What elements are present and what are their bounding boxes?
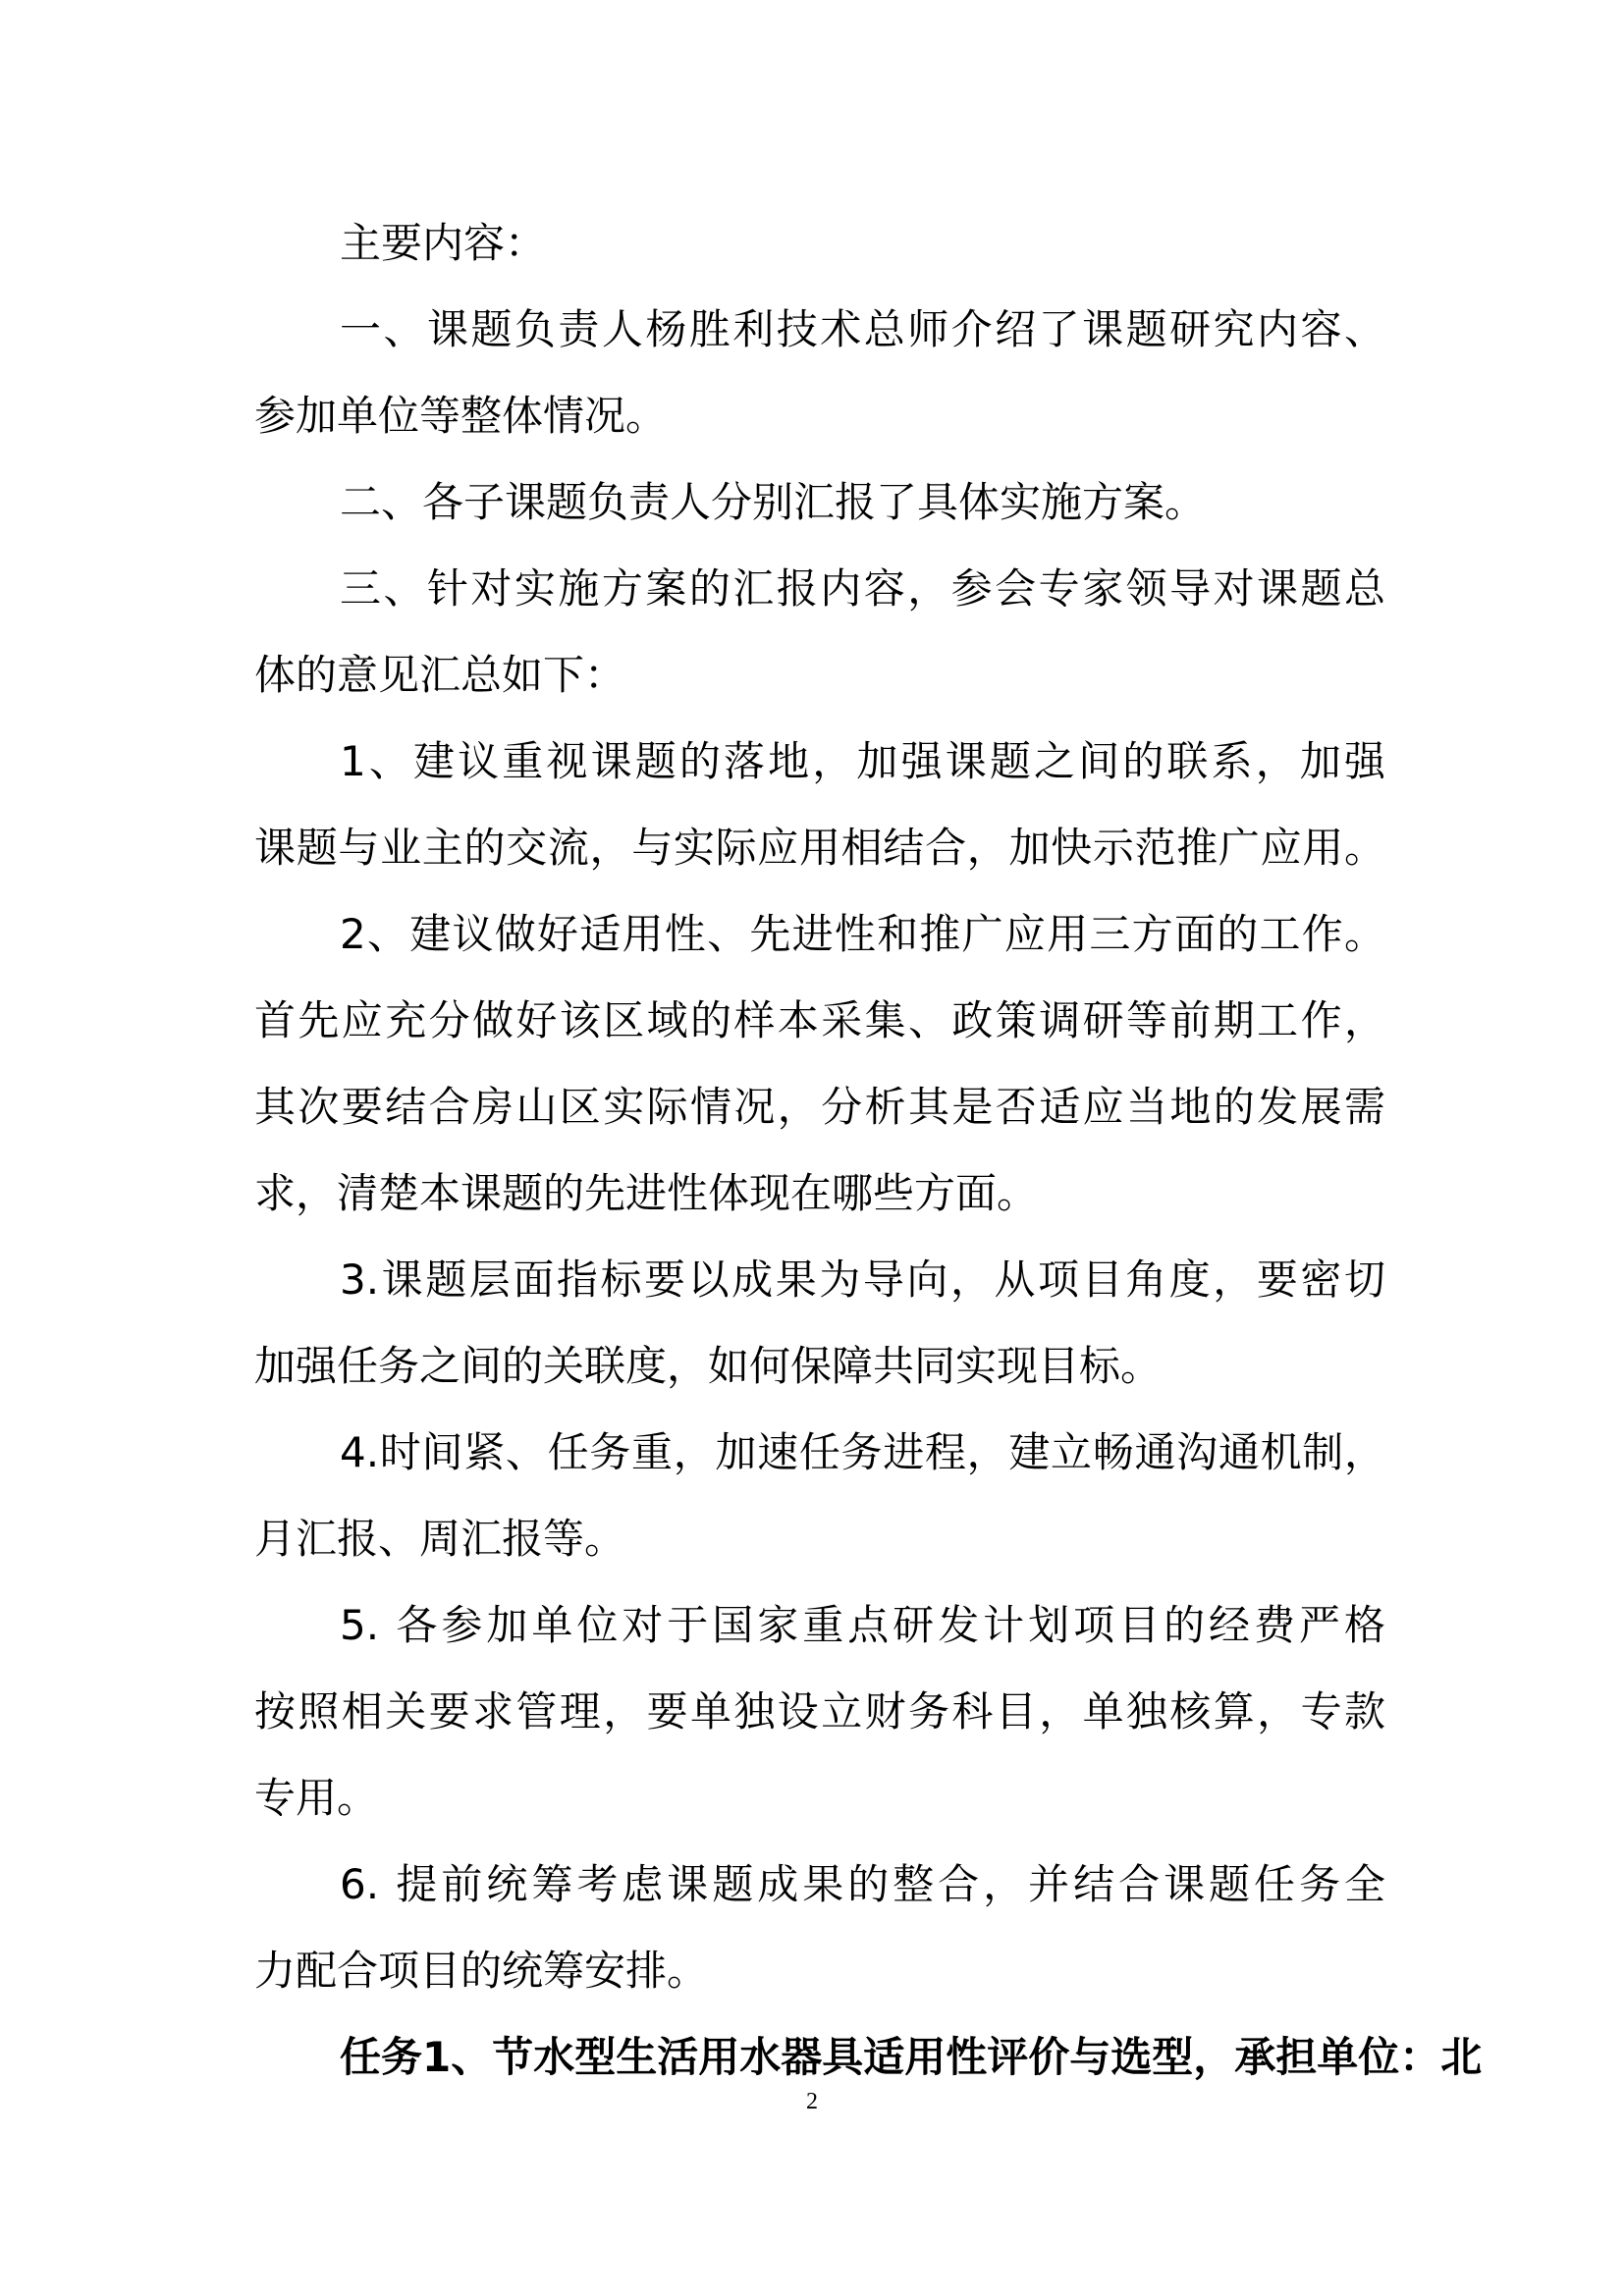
- paragraph-item-one: 一、课题负责人杨胜利技术总师介绍了课题研究内容、: [340, 300, 1385, 359]
- opinion-5-cont-2: 专用。: [254, 1769, 1385, 1828]
- paragraph-heading-main-content: 主要内容：: [340, 214, 1385, 273]
- document-page: 主要内容： 一、课题负责人杨胜利技术总师介绍了课题研究内容、 参加单位等整体情况…: [0, 0, 1624, 2296]
- opinion-2-cont-2: 其次要结合房山区实际情况，分析其是否适应当地的发展需: [254, 1078, 1385, 1137]
- task-1-heading: 任务1、节水型生活用水器具适用性评价与选型，承担单位：北: [340, 2028, 1385, 2087]
- opinion-4: 4.时间紧、任务重，加速任务进程，建立畅通沟通机制，: [340, 1423, 1385, 1482]
- paragraph-item-three-cont: 体的意见汇总如下：: [254, 646, 1385, 705]
- opinion-6: 6. 提前统筹考虑课题成果的整合，并结合课题任务全: [340, 1855, 1385, 1914]
- opinion-4-cont: 月汇报、周汇报等。: [254, 1510, 1385, 1569]
- paragraph-item-three: 三、针对实施方案的汇报内容，参会专家领导对课题总: [340, 560, 1385, 618]
- opinion-5: 5. 各参加单位对于国家重点研发计划项目的经费严格: [340, 1596, 1385, 1655]
- opinion-1-cont: 课题与业主的交流，与实际应用相结合，加快示范推广应用。: [254, 819, 1385, 878]
- opinion-3: 3.课题层面指标要以成果为导向，从项目角度，要密切: [340, 1251, 1385, 1309]
- opinion-6-cont: 力配合项目的统筹安排。: [254, 1942, 1385, 2001]
- opinion-2: 2、建议做好适用性、先进性和推广应用三方面的工作。: [340, 905, 1385, 964]
- opinion-2-cont-3: 求，清楚本课题的先进性体现在哪些方面。: [254, 1164, 1385, 1223]
- opinion-5-cont-1: 按照相关要求管理，要单独设立财务科目，单独核算，专款: [254, 1682, 1385, 1741]
- opinion-2-cont-1: 首先应充分做好该区域的样本采集、政策调研等前期工作，: [254, 991, 1385, 1050]
- opinion-1: 1、建议重视课题的落地，加强课题之间的联系，加强: [340, 732, 1385, 791]
- paragraph-item-two: 二、各子课题负责人分别汇报了具体实施方案。: [340, 473, 1385, 532]
- page-number: 2: [0, 2089, 1624, 2115]
- opinion-3-cont: 加强任务之间的关联度，如何保障共同实现目标。: [254, 1337, 1385, 1396]
- paragraph-item-one-cont: 参加单位等整体情况。: [254, 387, 1385, 446]
